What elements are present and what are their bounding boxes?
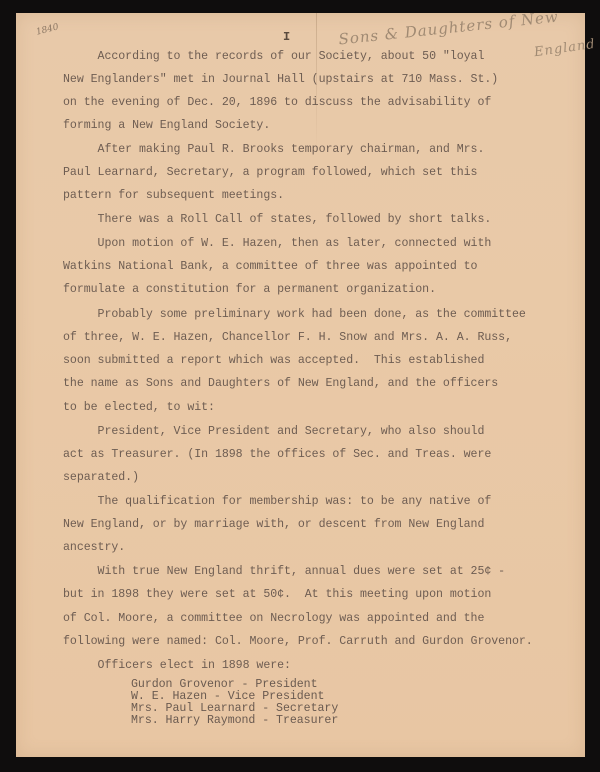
corner-pencil-mark: 1840 bbox=[35, 22, 60, 37]
text-line: ancestry. bbox=[63, 541, 125, 554]
text-line: According to the records of our Society,… bbox=[63, 50, 484, 63]
text-line: of Col. Moore, a committee on Necrology … bbox=[63, 612, 484, 625]
text-line: With true New England thrift, annual due… bbox=[63, 565, 505, 578]
handwritten-annotation-line1: Sons & Daughters of New bbox=[338, 7, 560, 48]
text-line: Officers elect in 1898 were: bbox=[63, 659, 291, 672]
text-line: The qualification for membership was: to… bbox=[63, 495, 491, 508]
text-line: There was a Roll Call of states, followe… bbox=[63, 213, 491, 226]
text-line: Paul Learnard, Secretary, a program foll… bbox=[63, 166, 477, 179]
text-line: on the evening of Dec. 20, 1896 to discu… bbox=[63, 96, 491, 109]
text-line: New Englanders" met in Journal Hall (ups… bbox=[63, 73, 498, 86]
text-line: to be elected, to wit: bbox=[63, 401, 215, 414]
text-line: but in 1898 they were set at 50¢. At thi… bbox=[63, 588, 491, 601]
text-line: After making Paul R. Brooks temporary ch… bbox=[63, 143, 484, 156]
document-page: 1840 Sons & Daughters of New England I A… bbox=[16, 13, 585, 757]
text-line: the name as Sons and Daughters of New En… bbox=[63, 377, 498, 390]
text-line: separated.) bbox=[63, 471, 139, 484]
handwritten-annotation-line2: England bbox=[533, 37, 596, 60]
text-line: formulate a constitution for a permanent… bbox=[63, 283, 436, 296]
text-line: New England, or by marriage with, or des… bbox=[63, 518, 484, 531]
text-line: forming a New England Society. bbox=[63, 119, 270, 132]
page-number: I bbox=[283, 30, 290, 44]
text-line: Upon motion of W. E. Hazen, then as late… bbox=[63, 237, 491, 250]
text-line: following were named: Col. Moore, Prof. … bbox=[63, 635, 533, 648]
text-line: of three, W. E. Hazen, Chancellor F. H. … bbox=[63, 331, 512, 344]
text-line: Probably some preliminary work had been … bbox=[63, 308, 526, 321]
text-line: Watkins National Bank, a committee of th… bbox=[63, 260, 477, 273]
text-line: act as Treasurer. (In 1898 the offices o… bbox=[63, 448, 491, 461]
text-line: soon submitted a report which was accept… bbox=[63, 354, 484, 367]
text-line: pattern for subsequent meetings. bbox=[63, 189, 284, 202]
officer-entry: Mrs. Harry Raymond - Treasurer bbox=[131, 714, 338, 727]
text-line: President, Vice President and Secretary,… bbox=[63, 425, 484, 438]
